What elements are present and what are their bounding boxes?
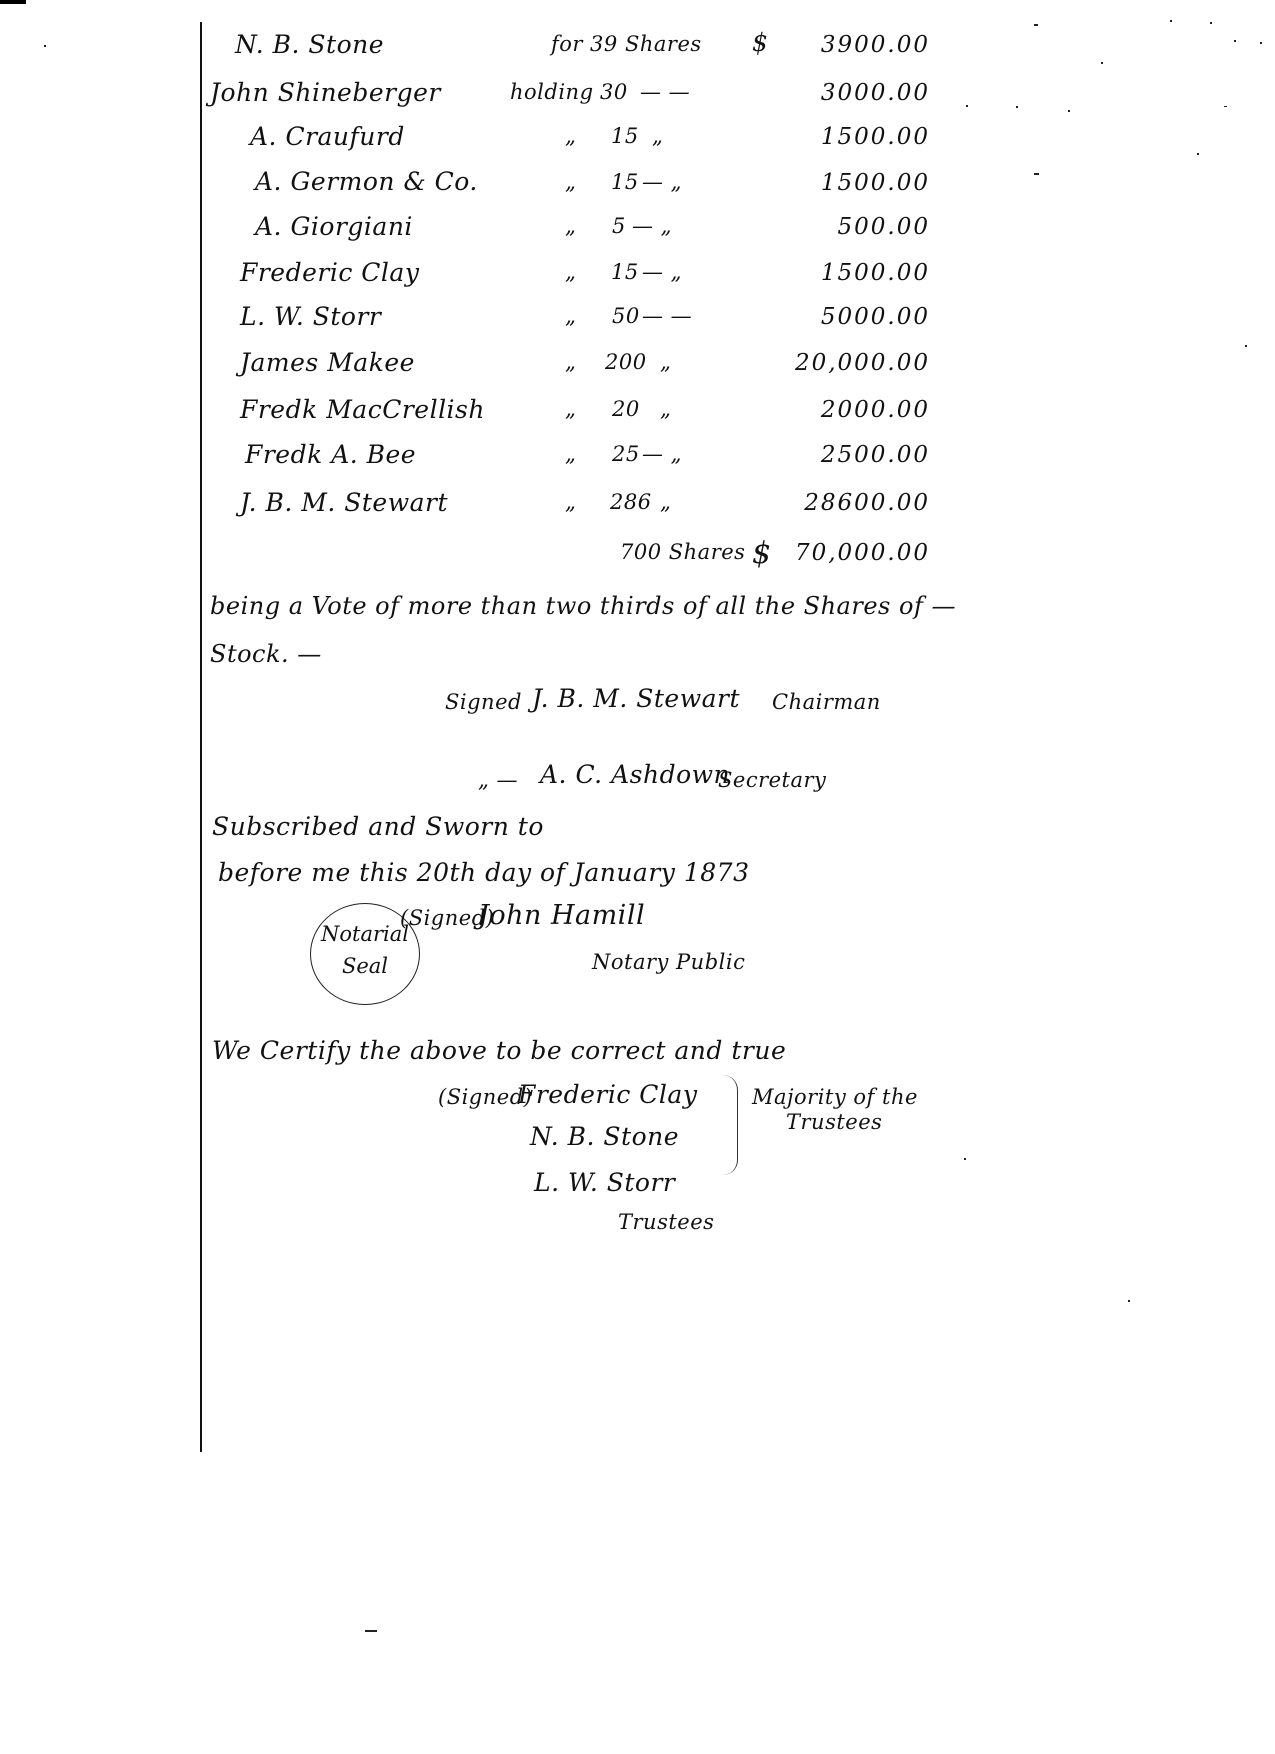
ledger-qualifier: „ — [565, 397, 576, 421]
ledger-amount: 28600.00 — [780, 490, 930, 516]
trustee-signature: L. W. Storr — [534, 1168, 675, 1197]
ledger-shares: 15 — [611, 170, 639, 194]
ledger-amount: 5000.00 — [780, 304, 930, 330]
ledger-amount: 1500.00 — [780, 124, 930, 150]
secretary-title: Secretary — [718, 768, 826, 792]
ledger-amount: 1500.00 — [780, 260, 930, 286]
ledger-qualifier: for — [551, 32, 583, 56]
certification-statement: We Certify the above to be correct and t… — [212, 1036, 786, 1065]
ledger-unit: Shares — [625, 32, 702, 56]
scan-speck — [44, 45, 46, 47]
scan-speck — [1260, 42, 1262, 44]
trustee-signature: N. B. Stone — [530, 1122, 679, 1151]
total-shares: 700 Shares — [620, 540, 745, 564]
scan-speck — [964, 1158, 966, 1160]
chairman-signed-prefix: Signed — [445, 690, 522, 714]
notary-title: Notary Public — [592, 950, 745, 974]
majority-note-line2: Trustees — [786, 1110, 882, 1134]
ledger-name: L. W. Storr — [240, 302, 381, 331]
scan-speck — [966, 105, 968, 107]
currency-symbol: $ — [752, 28, 768, 57]
ledger-shares: 286 — [610, 490, 652, 514]
ledger-name: J. B. M. Stewart — [240, 488, 448, 517]
bracket-brace — [723, 1075, 738, 1175]
ledger-unit: — „ — [642, 170, 682, 194]
scan-speck — [1234, 40, 1236, 42]
scan-speck — [365, 1630, 377, 1632]
ledger-name: A. Craufurd — [250, 122, 405, 151]
scan-corner-mark — [0, 0, 26, 4]
scan-speck — [1210, 22, 1212, 24]
ledger-shares: 15 — [611, 260, 639, 284]
notary-signature: John Hamill — [478, 900, 645, 931]
ledger-unit: „ — [660, 397, 671, 421]
ledger-name: N. B. Stone — [235, 30, 384, 59]
vote-statement-line2: Stock. — — [210, 640, 322, 668]
ledger-name: James Makee — [240, 348, 415, 377]
ledger-unit: — — — [640, 80, 690, 104]
ledger-name: Frederic Clay — [240, 258, 419, 287]
scan-speck — [1034, 24, 1038, 26]
secretary-signature: A. C. Ashdown — [540, 760, 730, 789]
ledger-shares: 200 — [605, 350, 647, 374]
trustees-footer-title: Trustees — [618, 1210, 714, 1234]
ledger-unit: „ — [660, 490, 671, 514]
scan-speck — [1224, 106, 1227, 107]
scan-speck — [1068, 110, 1070, 112]
ledger-name: Fredk MacCrellish — [240, 395, 485, 424]
ledger-amount: 2500.00 — [780, 442, 930, 468]
scan-speck — [1170, 20, 1172, 22]
ledger-qualifier: „ — [565, 442, 576, 466]
ledger-shares: 20 — [612, 397, 640, 421]
scan-speck — [1197, 153, 1199, 155]
vote-statement-line1: being a Vote of more than two thirds of … — [210, 592, 956, 620]
ledger-amount: 500.00 — [780, 214, 930, 240]
ledger-qualifier: holding — [510, 80, 594, 104]
ledger-unit: — „ — [642, 442, 682, 466]
scan-speck — [1245, 345, 1247, 347]
ledger-name: John Shineberger — [210, 78, 441, 107]
ledger-qualifier: „ — [565, 260, 576, 284]
ledger-amount: 3000.00 — [780, 80, 930, 106]
ledger-amount: 3900.00 — [780, 32, 930, 58]
ledger-shares: 39 — [590, 32, 618, 56]
ledger-qualifier: „ — [565, 214, 576, 238]
ledger-shares: 5 — [612, 214, 626, 238]
ledger-shares: 15 — [611, 124, 639, 148]
ledger-qualifier: „ — [565, 350, 576, 374]
ledger-qualifier: „ — [565, 304, 576, 328]
ledger-qualifier: „ — [565, 124, 576, 148]
jurat-line2: before me this 20th day of January 1873 — [218, 858, 749, 887]
ledger-name: A. Germon & Co. — [255, 167, 478, 196]
ledger-unit: — — — [642, 304, 692, 328]
jurat-line1: Subscribed and Sworn to — [212, 812, 544, 841]
scan-speck — [1101, 62, 1103, 64]
ledger-shares: 30 — [600, 80, 628, 104]
ledger-amount: 2000.00 — [780, 397, 930, 423]
ledger-amount: 20,000.00 — [780, 350, 930, 376]
chairman-title: Chairman — [772, 690, 881, 714]
scan-speck — [1128, 1300, 1130, 1302]
ledger-qualifier: „ — [565, 490, 576, 514]
ledger-name: Fredk A. Bee — [245, 440, 416, 469]
secretary-ditto: „ — — [478, 768, 518, 792]
chairman-signature: J. B. M. Stewart — [532, 684, 740, 713]
ledger-shares: 50 — [612, 304, 640, 328]
ledger-unit: — „ — [632, 214, 672, 238]
ledger-shares: 25 — [612, 442, 640, 466]
ledger-name: A. Giorgiani — [255, 212, 413, 241]
ledger-unit: „ — [660, 350, 671, 374]
seal-text-line2: Seal — [311, 954, 419, 978]
total-amount: 70,000.00 — [780, 540, 930, 566]
currency-symbol: $ — [752, 536, 772, 571]
ledger-amount: 1500.00 — [780, 170, 930, 196]
majority-note-line1: Majority of the — [752, 1085, 918, 1109]
ledger-unit: „ — [652, 124, 663, 148]
left-margin-rule — [200, 22, 202, 1452]
ledger-qualifier: „ — [565, 170, 576, 194]
scan-speck — [1016, 106, 1018, 108]
ledger-unit: — „ — [642, 260, 682, 284]
trustee-signature: Frederic Clay — [518, 1080, 697, 1109]
scan-speck — [1034, 173, 1039, 175]
